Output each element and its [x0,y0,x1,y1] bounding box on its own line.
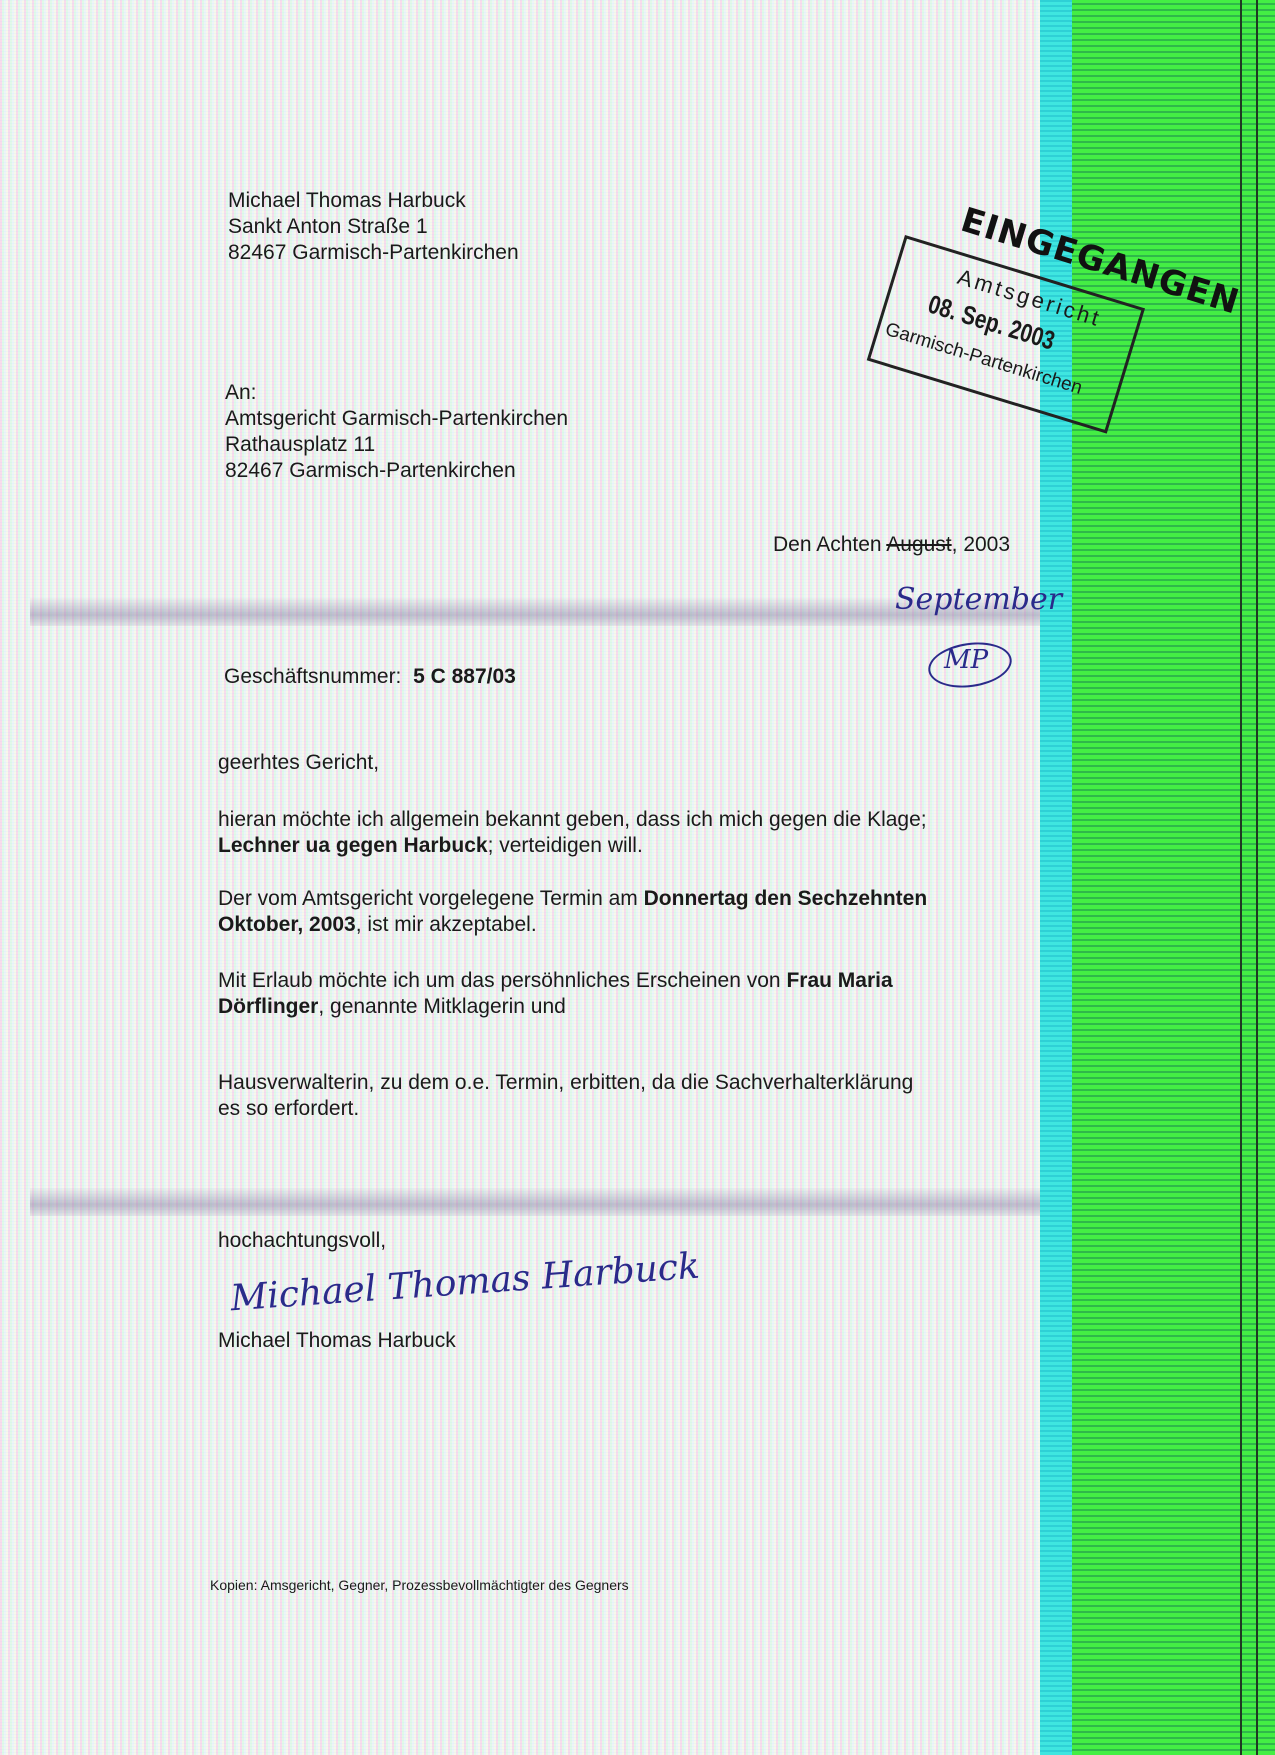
recipient-prefix: An: [225,380,568,406]
case-number-line: Geschäftsnummer: 5 C 887/03 [224,664,516,690]
scan-edge-line [1256,0,1258,1755]
case-label: Geschäftsnummer: [224,665,401,688]
p4-line-2: es so erfordert. [218,1097,359,1120]
recipient-street: Rathausplatz 11 [225,432,568,458]
salutation: geerhtes Gericht, [218,750,1068,776]
p2-date-day: Donnertag den Sechzehnten [644,887,928,910]
p1-case-parties: Lechner ua gegen Harbuck [218,834,488,857]
paragraph-2: Der vom Amtsgericht vorgelegene Termin a… [218,886,1068,938]
p3-text: Mit Erlaub möchte ich um das persöhnlich… [218,969,786,992]
copies-note: Kopien: Amsgericht, Gegner, Prozessbevol… [210,1577,629,1593]
paper-fold-shadow [30,1188,1040,1216]
signature: Michael Thomas Harbuck [229,1246,701,1320]
p2-text: Der vom Amtsgericht vorgelegene Termin a… [218,887,644,910]
case-number: 5 C 887/03 [413,665,516,688]
p1-text: hieran möchte ich allgemein bekannt gebe… [218,808,927,831]
paragraph-4: Hausverwalterin, zu dem o.e. Termin, erb… [218,1070,1068,1122]
date-prefix: Den Achten [773,533,886,556]
p3-person-first: Frau Maria [786,969,892,992]
paper-fold-shadow [30,598,1040,626]
date-struck-month: August [886,533,951,556]
p4-line-1: Hausverwalterin, zu dem o.e. Termin, erb… [218,1071,913,1094]
p3-text-end: , genannte Mitklagerin und [318,995,566,1018]
p2-text-end: , ist mir akzeptabel. [356,913,537,936]
closing-name: Michael Thomas Harbuck [218,1328,1068,1354]
handwritten-month-correction: September [895,582,1062,617]
recipient-address: An: Amtsgericht Garmisch-Partenkirchen R… [225,380,568,484]
date-line: Den Achten August, 2003 [773,532,1010,558]
date-suffix: , 2003 [952,533,1010,556]
recipient-name: Amtsgericht Garmisch-Partenkirchen [225,406,568,432]
p2-date-month: Oktober, 2003 [218,913,356,936]
p1-text-end: ; verteidigen will. [488,834,643,857]
sender-city: 82467 Garmisch-Partenkirchen [228,240,519,266]
sender-address: Michael Thomas Harbuck Sankt Anton Straß… [228,188,519,266]
sender-name: Michael Thomas Harbuck [228,188,519,214]
paragraph-1: hieran möchte ich allgemein bekannt gebe… [218,807,1068,859]
paragraph-3: Mit Erlaub möchte ich um das persöhnlich… [218,968,1068,1020]
p3-person-last: Dörflinger [218,995,318,1018]
scan-edge-line [1240,0,1242,1755]
handwritten-initials: MP [944,645,988,675]
recipient-city: 82467 Garmisch-Partenkirchen [225,458,568,484]
sender-street: Sankt Anton Straße 1 [228,214,519,240]
